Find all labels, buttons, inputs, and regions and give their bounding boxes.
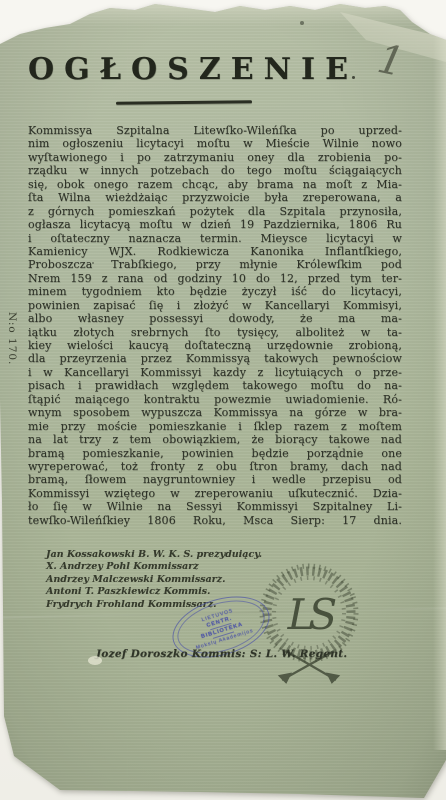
body-line: z górnych pomieszkań pożytek dla Szpital… bbox=[28, 205, 402, 218]
body-text: Kommissya Szpitalna Litewſko-Wileńſka po… bbox=[28, 124, 402, 527]
seal-monogram: LS bbox=[287, 590, 336, 639]
document-paper: 1 N:o 170. OGŁOSZENIE Kommissya Szpitaln… bbox=[0, 0, 446, 800]
scanner-background: 1 N:o 170. OGŁOSZENIE Kommissya Szpitaln… bbox=[0, 0, 446, 800]
signature-line: Jan Kossakowski B. W. K. S. prezyduiący. bbox=[46, 549, 262, 561]
title-underline bbox=[116, 100, 252, 104]
page-title: OGŁOSZENIE bbox=[28, 52, 350, 87]
body-line: ło ſię w Wilnie na Sessyi Kommissyi Szpi… bbox=[28, 500, 402, 513]
body-line: tewſko-Wileńſkiey 1806 Roku, Msca Sierp:… bbox=[28, 514, 402, 527]
closing-line: Jozef Doroszko Kommis: S: L. W. Regent. bbox=[96, 648, 366, 660]
body-line: wyreperować, toż fronty z obu ſtron bram… bbox=[28, 460, 402, 473]
body-line: mie przy moście pomieszkanie i ſklep raz… bbox=[28, 420, 402, 433]
torn-top-edge bbox=[0, 0, 446, 26]
body-line: bramą pomieszkanie, powinien będzie porz… bbox=[28, 447, 402, 460]
signature-line: Andrzey Malczewski Kommissarz. bbox=[46, 574, 262, 586]
body-line: dla przeyrzenia przez Kommissyą takowych… bbox=[28, 352, 402, 365]
body-line: Proboszcza Trabſkiego, przy młynie Króle… bbox=[28, 258, 402, 271]
body-line: i w Kancellaryi Kommissyi kazdy z licytu… bbox=[28, 366, 402, 379]
body-line: się, obok onego razem chcąc, aby brama n… bbox=[28, 178, 402, 191]
body-line: i oſtateczny naznacza termin. Mieysce li… bbox=[28, 232, 402, 245]
body-line: Nrem 159 z rana od godziny 10 do 12, prz… bbox=[28, 272, 402, 285]
body-line: powinien zapisać ſię i złożyć w Kancella… bbox=[28, 299, 402, 312]
body-line: wnym sposobem wypuszcza Kommissya na gór… bbox=[28, 406, 402, 419]
body-line: iątku złotych srebrnych ſto tysięcy, alb… bbox=[28, 326, 402, 339]
body-line: Kommissyi wziętego w zreperowaniu uſkute… bbox=[28, 487, 402, 500]
body-line: nim ogłoszeniu licytacyi moſtu w Mieście… bbox=[28, 137, 402, 150]
paper-shadow: 1 N:o 170. OGŁOSZENIE Kommissya Szpitaln… bbox=[0, 0, 446, 800]
handwritten-page-number: 1 bbox=[373, 36, 407, 86]
body-line: ſtąpić maiącego kontraktu powezmie uwiad… bbox=[28, 393, 402, 406]
body-line: wyſtawionego i po zatrzymaniu oney dla z… bbox=[28, 151, 402, 164]
body-line: rządku w innych potzebach do tego moſtu … bbox=[28, 164, 402, 177]
body-line: bramą, ſłowem naygruntowniey i wedle prz… bbox=[28, 473, 402, 486]
body-line: pisach i prawidłach względem takowego mo… bbox=[28, 379, 402, 392]
body-line: ſta Wilna wieżdżaiąc przyzwoicie była zr… bbox=[28, 191, 402, 204]
worn-right-edge bbox=[433, 36, 446, 750]
body-line: minem tygodniem kto będzie życzył iść do… bbox=[28, 285, 402, 298]
body-line: kiey wielości kaucyą doſtateczną urzędow… bbox=[28, 339, 402, 352]
ink-speck bbox=[300, 21, 304, 25]
body-line: Kamienicy WJX. Rodkiewicza Kanonika Infl… bbox=[28, 245, 402, 258]
signature-line: X. Andrzey Pohl Kommissarz bbox=[46, 561, 262, 573]
body-line: albo własney possessyi dowody, że ma ma- bbox=[28, 312, 402, 325]
body-line: ogłasza licytacyą moſtu w dzień 19 Pazdz… bbox=[28, 218, 402, 231]
margin-number: N:o 170. bbox=[6, 312, 18, 365]
body-line: Kommissya Szpitalna Litewſko-Wileńſka po… bbox=[28, 124, 402, 137]
body-line: na lat trzy z tem obowiązkiem, że biorąc… bbox=[28, 433, 402, 446]
